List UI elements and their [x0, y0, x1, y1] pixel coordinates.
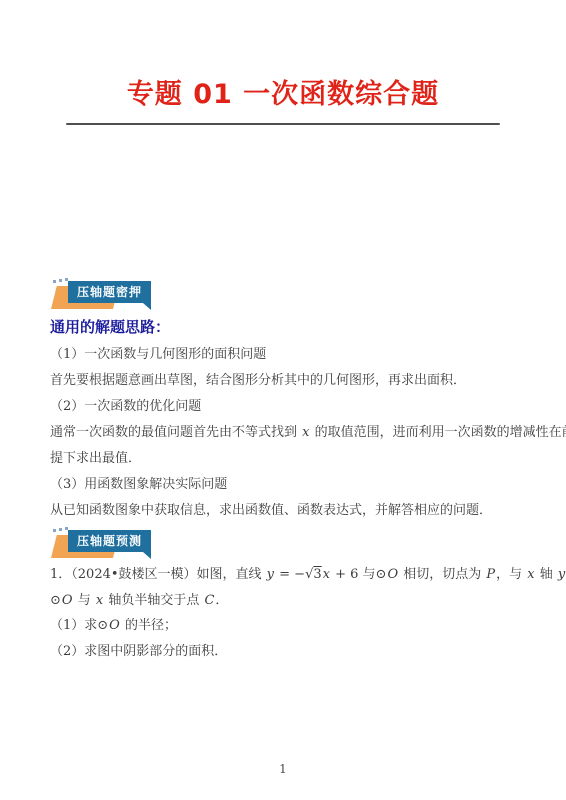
- math-var-y: y: [266, 567, 275, 582]
- text-run: ．: [215, 593, 228, 608]
- text-run: + 6 与⊙: [331, 567, 386, 582]
- question-1-line-2: ⊙O 与 x 轴负半轴交于点 C．: [50, 594, 516, 609]
- intro-point-1: （1）一次函数与几何图形的面积问题: [50, 348, 516, 363]
- math-var-x: x: [322, 567, 331, 582]
- badge-yaijia-miya: 压轴题密押: [50, 277, 170, 311]
- question-1-line-1: 1．（2024•鼓楼区一模）如图，直线 y = −√3x + 6 与⊙O 相切，…: [50, 568, 516, 583]
- document-page: 专题 01 一次函数综合题 压轴题密押 通用的解题思路： （1）一次函数与几何图…: [0, 72, 566, 660]
- text-run: 轴负半轴交于点: [104, 593, 203, 608]
- text-run: 的半径；: [121, 618, 177, 633]
- question-1-part-2: （2）求图中阴影部分的面积．: [50, 645, 516, 660]
- badge-label-yuce: 压轴题预测: [68, 530, 151, 552]
- intro-point-2: （2）一次函数的优化问题: [50, 400, 516, 415]
- question-1-part-1: （1）求⊙O 的半径；: [50, 619, 516, 634]
- math-var-y: y: [557, 567, 566, 582]
- text-run: 与: [74, 593, 95, 608]
- badge-yaijia-yuce: 压轴题预测: [50, 526, 170, 560]
- intro-point-2-detail-cont: 提下求出最值．: [50, 452, 516, 467]
- text-run: ，与: [496, 567, 526, 582]
- circle-symbol: ⊙: [50, 593, 61, 608]
- text-run: 通常一次函数的最值问题首先由不等式找到: [50, 425, 301, 440]
- radicand: 3: [313, 567, 321, 582]
- math-var-C: C: [203, 593, 215, 608]
- intro-point-3: （3）用函数图象解决实际问题: [50, 478, 516, 493]
- text-run: （1）求⊙: [50, 618, 108, 633]
- intro-point-3-detail: 从已知函数图象中获取信息，求出函数值、函数表达式，并解答相应的问题．: [50, 504, 516, 519]
- title-divider: [66, 123, 500, 125]
- math-var-O: O: [386, 567, 399, 582]
- page-title: 专题 01 一次函数综合题: [50, 72, 516, 111]
- math-var-P: P: [485, 567, 496, 582]
- math-var-x: x: [95, 593, 104, 608]
- text-run: 的取值范围，进而利用一次函数的增减性在前面范围内的前: [310, 425, 566, 440]
- text-run: 相切，切点为: [399, 567, 485, 582]
- text-run: 轴: [536, 567, 557, 582]
- math-var-x: x: [526, 567, 535, 582]
- equals-sign: = −: [275, 567, 305, 582]
- intro-point-1-detail: 首先要根据题意画出草图，结合图形分析其中的几何图形，再求出面积．: [50, 374, 516, 389]
- math-var-O: O: [108, 618, 121, 633]
- page-number: 1: [0, 762, 566, 776]
- badge-label-miya: 压轴题密押: [68, 281, 151, 303]
- math-var-O: O: [61, 593, 74, 608]
- question-number-and-source: 1．（2024•鼓楼区一模）如图，直线: [50, 567, 266, 582]
- intro-point-2-detail: 通常一次函数的最值问题首先由不等式找到 x 的取值范围，进而利用一次函数的增减性…: [50, 426, 516, 441]
- section-heading-solution-ideas: 通用的解题思路：: [50, 316, 516, 337]
